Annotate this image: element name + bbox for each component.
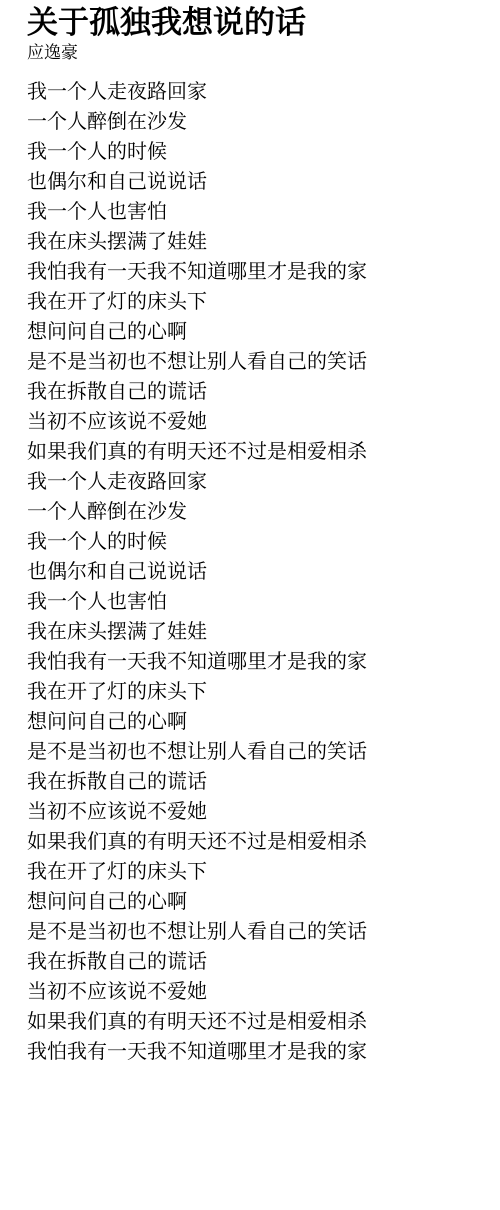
lyric-line: 想问问自己的心啊: [27, 887, 480, 917]
lyric-line: 我怕我有一天我不知道哪里才是我的家: [27, 257, 480, 287]
lyric-line: 如果我们真的有明天还不过是相爱相杀: [27, 827, 480, 857]
lyric-line: 我一个人的时候: [27, 527, 480, 557]
lyric-line: 我在开了灯的床头下: [27, 677, 480, 707]
lyric-line: 我在拆散自己的谎话: [27, 377, 480, 407]
lyric-line: 我在床头摆满了娃娃: [27, 227, 480, 257]
lyric-line: 我在拆散自己的谎话: [27, 947, 480, 977]
artist-name: 应逸豪: [27, 42, 480, 64]
lyric-line: 想问问自己的心啊: [27, 707, 480, 737]
lyric-line: 是不是当初也不想让别人看自己的笑话: [27, 347, 480, 377]
lyric-line: 如果我们真的有明天还不过是相爱相杀: [27, 1007, 480, 1037]
lyric-line: 当初不应该说不爱她: [27, 407, 480, 437]
lyric-line: 我一个人走夜路回家: [27, 467, 480, 497]
lyric-line: 也偶尔和自己说说话: [27, 167, 480, 197]
lyric-line: 如果我们真的有明天还不过是相爱相杀: [27, 437, 480, 467]
lyric-line: 也偶尔和自己说说话: [27, 557, 480, 587]
lyric-line: 我在床头摆满了娃娃: [27, 617, 480, 647]
lyrics-block: 我一个人走夜路回家一个人醉倒在沙发我一个人的时候也偶尔和自己说说话我一个人也害怕…: [27, 77, 480, 1067]
page-title: 关于孤独我想说的话: [27, 4, 480, 42]
lyrics-page: 关于孤独我想说的话 应逸豪 我一个人走夜路回家一个人醉倒在沙发我一个人的时候也偶…: [0, 0, 500, 1210]
lyric-line: 是不是当初也不想让别人看自己的笑话: [27, 737, 480, 767]
lyric-line: 是不是当初也不想让别人看自己的笑话: [27, 917, 480, 947]
lyric-line: 当初不应该说不爱她: [27, 797, 480, 827]
lyric-line: 我在开了灯的床头下: [27, 857, 480, 887]
lyric-line: 我在拆散自己的谎话: [27, 767, 480, 797]
lyric-line: 一个人醉倒在沙发: [27, 497, 480, 527]
lyric-line: 当初不应该说不爱她: [27, 977, 480, 1007]
lyric-line: 我一个人的时候: [27, 137, 480, 167]
lyric-line: 我怕我有一天我不知道哪里才是我的家: [27, 647, 480, 677]
lyric-line: 想问问自己的心啊: [27, 317, 480, 347]
lyric-line: 我怕我有一天我不知道哪里才是我的家: [27, 1037, 480, 1067]
lyric-line: 我一个人走夜路回家: [27, 77, 480, 107]
lyric-line: 我一个人也害怕: [27, 587, 480, 617]
lyric-line: 一个人醉倒在沙发: [27, 107, 480, 137]
lyric-line: 我一个人也害怕: [27, 197, 480, 227]
lyric-line: 我在开了灯的床头下: [27, 287, 480, 317]
